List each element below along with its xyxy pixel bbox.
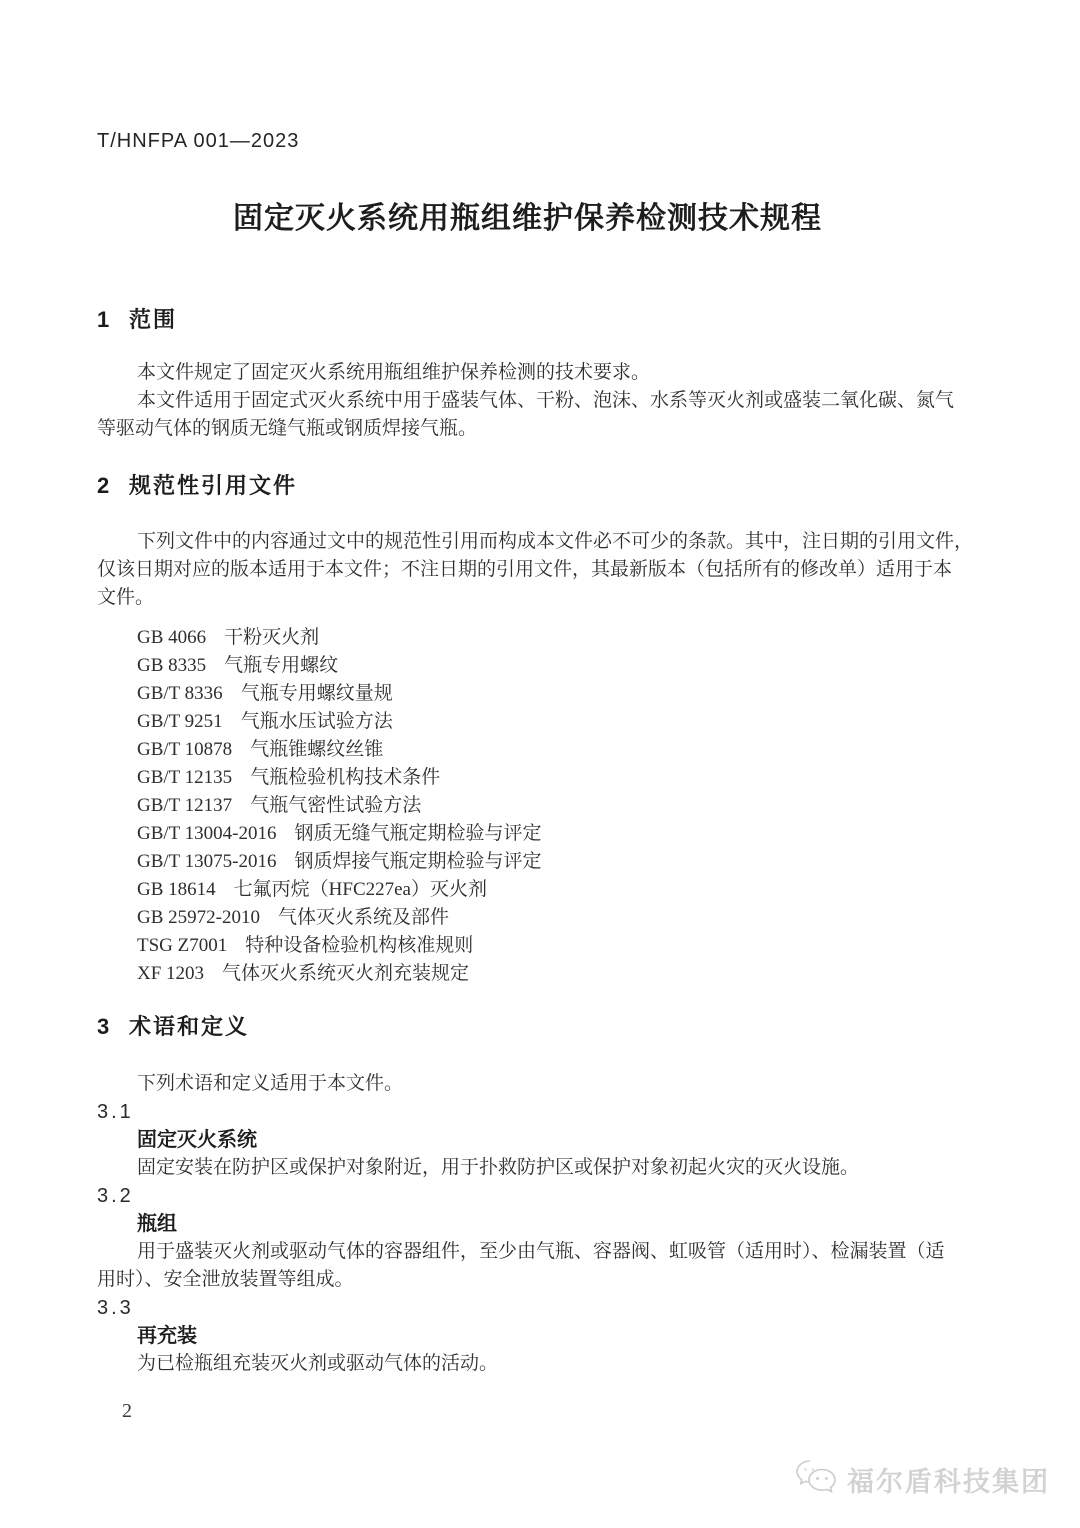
reference-title: 干粉灭火剂 bbox=[224, 627, 319, 648]
brand-name: 福尔盾科技集团 bbox=[847, 1460, 1050, 1499]
reference-code: GB/T 8336 bbox=[137, 683, 223, 704]
reference-title: 气瓶专用螺纹量规 bbox=[241, 683, 393, 704]
section-3-title: 术语和定义 bbox=[129, 1014, 249, 1039]
reference-title: 七氟丙烷（HFC227ea）灭火剂 bbox=[234, 879, 487, 900]
references-intro-line-2: 仅该日期对应的版本适用于本文件；不注日期的引用文件，其最新版本（包括所有的修改单… bbox=[97, 556, 958, 584]
reference-code: GB/T 13004-2016 bbox=[137, 823, 277, 844]
reference-code: XF 1203 bbox=[137, 963, 204, 984]
wechat-icon bbox=[793, 1458, 839, 1500]
page-content: T/HNFPA 001—2023 固定灭火系统用瓶组维护保养检测技术规程 1范围… bbox=[0, 131, 1080, 1425]
term-definition-line: 用于盛装灭火剂或驱动气体的容器组件，至少由气瓶、容器阀、虹吸管（适用时）、检漏装… bbox=[97, 1238, 958, 1266]
reference-title: 特种设备检验机构核准规则 bbox=[245, 935, 473, 956]
term-entry: 3.1 固定灭火系统 固定安装在防护区或保护对象附近，用于扑救防护区或保护对象初… bbox=[97, 1098, 958, 1182]
reference-item: GB 25972-2010气体灭火系统及部件 bbox=[97, 904, 958, 932]
reference-item: GB/T 12135气瓶检验机构技术条件 bbox=[97, 764, 958, 792]
reference-title: 钢质焊接气瓶定期检验与评定 bbox=[295, 851, 542, 872]
references-intro-line-1: 下列文件中的内容通过文中的规范性引用而构成本文件必不可少的条款。其中，注日期的引… bbox=[97, 528, 958, 556]
reference-code: GB 25972-2010 bbox=[137, 907, 260, 928]
section-3-number: 3 bbox=[97, 1014, 129, 1040]
section-2-title: 规范性引用文件 bbox=[129, 473, 297, 498]
reference-code: TSG Z7001 bbox=[137, 935, 227, 956]
term-title: 固定灭火系统 bbox=[97, 1126, 958, 1154]
reference-title: 钢质无缝气瓶定期检验与评定 bbox=[295, 823, 542, 844]
term-entry: 3.2 瓶组 用于盛装灭火剂或驱动气体的容器组件，至少由气瓶、容器阀、虹吸管（适… bbox=[97, 1182, 958, 1294]
reference-title: 气瓶检验机构技术条件 bbox=[250, 767, 440, 788]
term-definition-line: 用时）、安全泄放装置等组成。 bbox=[97, 1266, 958, 1294]
term-title: 再充装 bbox=[97, 1322, 958, 1350]
term-number: 3.1 bbox=[97, 1098, 958, 1126]
reference-code: GB/T 13075-2016 bbox=[137, 851, 277, 872]
doc-number: T/HNFPA 001—2023 bbox=[97, 131, 958, 151]
references-list: GB 4066干粉灭火剂 GB 8335气瓶专用螺纹 GB/T 8336气瓶专用… bbox=[97, 624, 958, 988]
section-3-heading: 3术语和定义 bbox=[97, 1014, 958, 1040]
section-1-heading: 1范围 bbox=[97, 307, 958, 333]
reference-item: GB/T 10878气瓶锥螺纹丝锥 bbox=[97, 736, 958, 764]
reference-code: GB 18614 bbox=[137, 879, 216, 900]
reference-title: 气瓶专用螺纹 bbox=[224, 655, 338, 676]
reference-item: GB 4066干粉灭火剂 bbox=[97, 624, 958, 652]
term-number: 3.3 bbox=[97, 1294, 958, 1322]
reference-code: GB 4066 bbox=[137, 627, 206, 648]
reference-code: GB 8335 bbox=[137, 655, 206, 676]
reference-item: GB 18614七氟丙烷（HFC227ea）灭火剂 bbox=[97, 876, 958, 904]
section-2-number: 2 bbox=[97, 473, 129, 499]
scope-paragraph-2-line-2: 等驱动气体的钢质无缝气瓶或钢质焊接气瓶。 bbox=[97, 415, 958, 443]
terms-intro: 下列术语和定义适用于本文件。 bbox=[97, 1070, 958, 1098]
term-definition-line: 为已检瓶组充装灭火剂或驱动气体的活动。 bbox=[97, 1350, 958, 1378]
reference-title: 气瓶锥螺纹丝锥 bbox=[250, 739, 383, 760]
document-page: T/HNFPA 001—2023 固定灭火系统用瓶组维护保养检测技术规程 1范围… bbox=[0, 0, 1080, 1528]
reference-title: 气体灭火系统及部件 bbox=[278, 907, 449, 928]
reference-item: GB/T 13075-2016钢质焊接气瓶定期检验与评定 bbox=[97, 848, 958, 876]
section-2-heading: 2规范性引用文件 bbox=[97, 473, 958, 499]
page-number: 2 bbox=[122, 1397, 958, 1425]
reference-code: GB/T 12137 bbox=[137, 795, 232, 816]
term-number: 3.2 bbox=[97, 1182, 958, 1210]
term-title: 瓶组 bbox=[97, 1210, 958, 1238]
scope-paragraph-1: 本文件规定了固定灭火系统用瓶组维护保养检测的技术要求。 bbox=[97, 359, 958, 387]
footer-watermark: 福尔盾科技集团 bbox=[793, 1458, 1050, 1500]
references-intro-line-3: 文件。 bbox=[97, 584, 958, 612]
reference-code: GB/T 9251 bbox=[137, 711, 223, 732]
section-1-number: 1 bbox=[97, 307, 129, 333]
scope-paragraph-2-line-1: 本文件适用于固定式灭火系统中用于盛装气体、干粉、泡沫、水系等灭火剂或盛装二氧化碳… bbox=[97, 387, 958, 415]
reference-item: GB/T 8336气瓶专用螺纹量规 bbox=[97, 680, 958, 708]
term-definition-line: 固定安装在防护区或保护对象附近，用于扑救防护区或保护对象初起火灾的灭火设施。 bbox=[97, 1154, 958, 1182]
reference-title: 气瓶气密性试验方法 bbox=[250, 795, 421, 816]
reference-title: 气体灭火系统灭火剂充装规定 bbox=[222, 963, 469, 984]
reference-item: GB 8335气瓶专用螺纹 bbox=[97, 652, 958, 680]
reference-item: XF 1203气体灭火系统灭火剂充装规定 bbox=[97, 960, 958, 988]
reference-item: GB/T 12137气瓶气密性试验方法 bbox=[97, 792, 958, 820]
reference-code: GB/T 10878 bbox=[137, 739, 232, 760]
document-title: 固定灭火系统用瓶组维护保养检测技术规程 bbox=[97, 201, 958, 237]
reference-item: TSG Z7001特种设备检验机构核准规则 bbox=[97, 932, 958, 960]
reference-code: GB/T 12135 bbox=[137, 767, 232, 788]
reference-item: GB/T 9251气瓶水压试验方法 bbox=[97, 708, 958, 736]
reference-title: 气瓶水压试验方法 bbox=[241, 711, 393, 732]
section-1-title: 范围 bbox=[129, 307, 177, 332]
reference-item: GB/T 13004-2016钢质无缝气瓶定期检验与评定 bbox=[97, 820, 958, 848]
term-entry: 3.3 再充装 为已检瓶组充装灭火剂或驱动气体的活动。 bbox=[97, 1294, 958, 1378]
